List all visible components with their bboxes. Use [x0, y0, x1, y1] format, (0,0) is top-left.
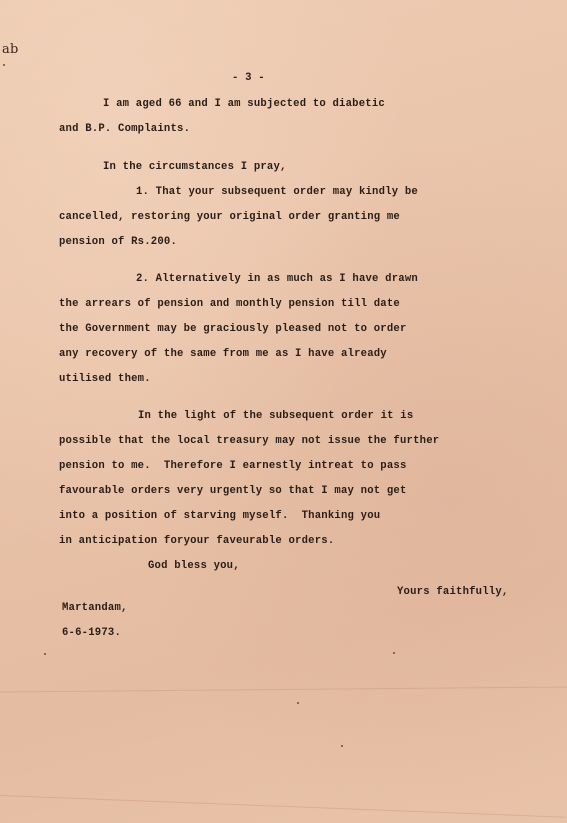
place-name: Martandam,	[62, 601, 128, 615]
paragraph-line: In the light of the subsequent order it …	[138, 409, 413, 423]
list-item-line: the arrears of pension and monthly pensi…	[59, 297, 400, 311]
paper-speck	[3, 64, 5, 66]
paper-fold-line	[0, 687, 567, 693]
list-item-line: cancelled, restoring your original order…	[59, 210, 400, 224]
list-item-line: the Government may be graciously pleased…	[59, 322, 407, 336]
list-item-line: any recovery of the same from me as I ha…	[59, 347, 387, 361]
list-item-line: 1. That your subsequent order may kindly…	[136, 185, 418, 199]
paragraph-line: In the circumstances I pray,	[103, 160, 287, 174]
paragraph-line: in anticipation foryour faveurable order…	[59, 534, 334, 548]
list-item-line: utilised them.	[59, 372, 151, 386]
paragraph-line: I am aged 66 and I am subjected to diabe…	[103, 97, 385, 111]
letter-date: 6-6-1973.	[62, 626, 121, 640]
document-page: ab - 3 - I am aged 66 and I am subjected…	[0, 0, 567, 823]
closing-salutation: Yours faithfully,	[397, 585, 508, 599]
paper-speck	[44, 653, 46, 655]
blessing-line: God bless you,	[148, 559, 240, 573]
paragraph-line: and B.P. Complaints.	[59, 122, 190, 136]
paragraph-line: favourable orders very urgently so that …	[59, 484, 407, 498]
paragraph-line: pension to me. Therefore I earnestly int…	[59, 459, 407, 473]
handwritten-corner-mark: ab	[2, 42, 18, 57]
paper-speck	[393, 652, 395, 654]
list-item-line: 2. Alternatively in as much as I have dr…	[136, 272, 418, 286]
paragraph-line: possible that the local treasury may not…	[59, 434, 439, 448]
paper-speck	[341, 745, 343, 747]
paper-fold-line	[0, 795, 567, 818]
list-item-line: pension of Rs.200.	[59, 235, 177, 249]
page-number: - 3 -	[232, 71, 265, 85]
paragraph-line: into a position of starving myself. Than…	[59, 509, 380, 523]
paper-speck	[297, 702, 299, 704]
